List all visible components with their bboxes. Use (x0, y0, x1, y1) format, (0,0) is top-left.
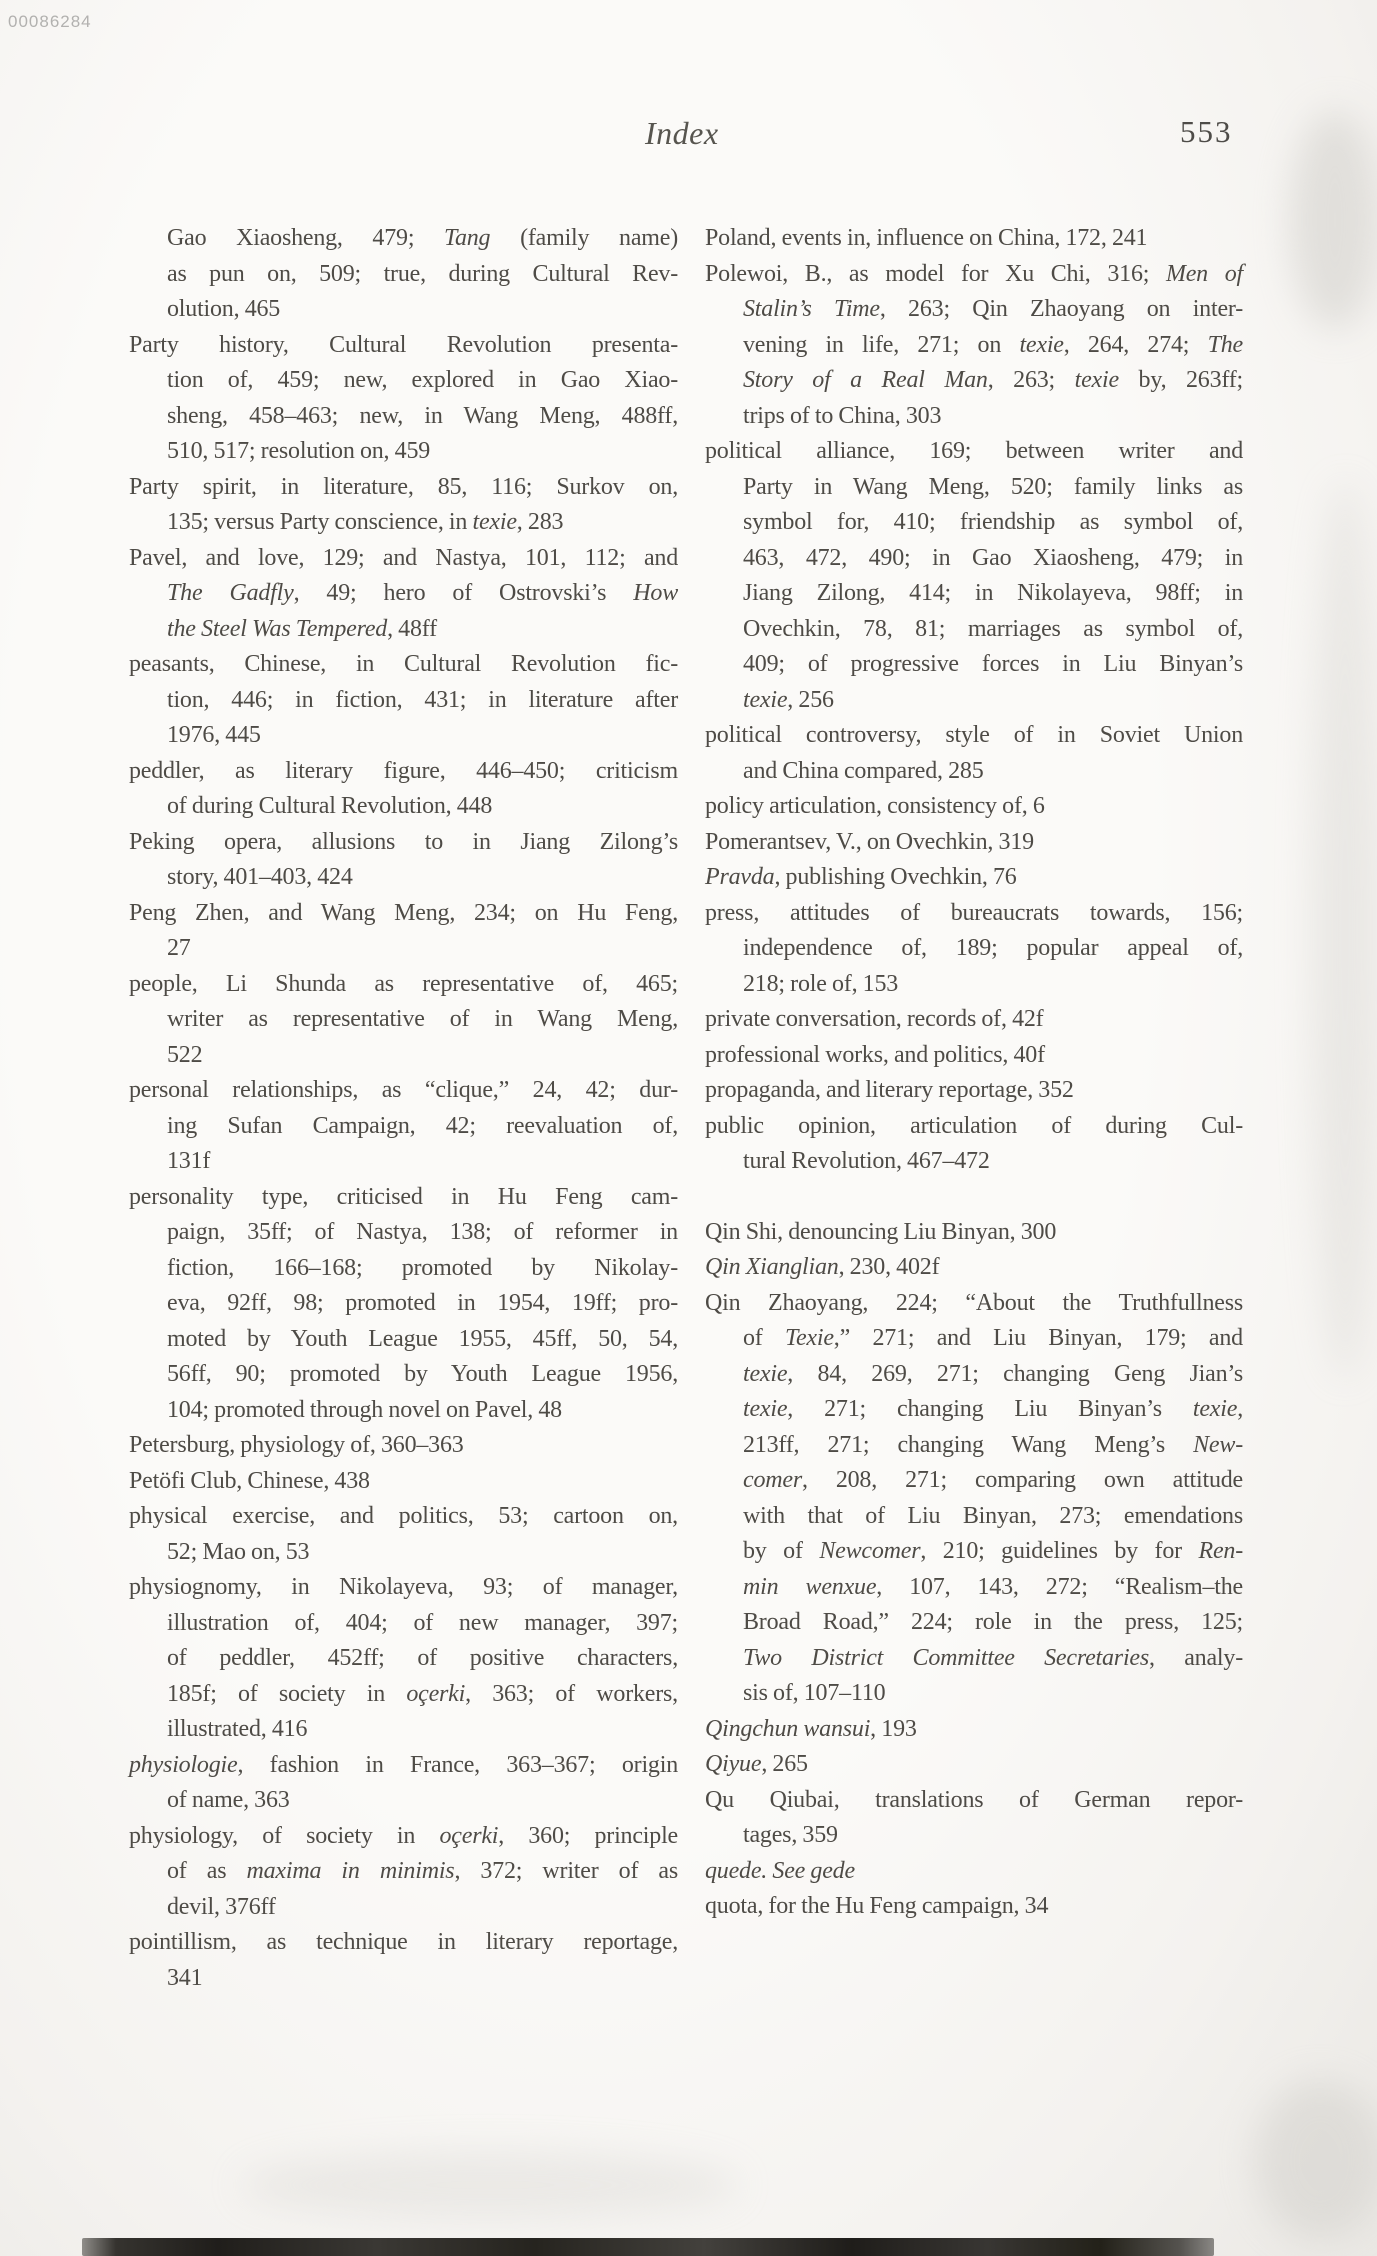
text: Petöfi Club, Chinese, 438 (129, 1468, 370, 1494)
index-line: ing Sufan Campaign, 42; reevaluation of, (129, 1109, 678, 1145)
index-line: 522 (129, 1038, 678, 1074)
italic-text: texie (743, 1396, 787, 1422)
index-column-right: Poland, events in, influence on China, 1… (705, 221, 1243, 1925)
index-line: 135; versus Party conscience, in texie, … (129, 505, 678, 541)
text: public opinion, articulation of during C… (705, 1113, 1243, 1139)
text: by of (743, 1538, 819, 1564)
text: tages, 359 (743, 1822, 838, 1848)
text: press, attitudes of bureaucrats towards,… (705, 900, 1243, 926)
index-line: tages, 359 (705, 1818, 1243, 1854)
index-line: 463, 472, 490; in Gao Xiaosheng, 479; in (705, 541, 1243, 577)
index-line: political alliance, 169; between writer … (705, 434, 1243, 470)
index-line: trips of to China, 303 (705, 399, 1243, 435)
text: Gao Xiaosheng, 479; (167, 225, 444, 251)
text: 1976, 445 (167, 722, 261, 748)
index-line: illustration of, 404; of new manager, 39… (129, 1606, 678, 1642)
text: , fashion in France, 363–367; origin (237, 1752, 678, 1778)
italic-text: texie (743, 1361, 787, 1387)
text: trips of to China, 303 (743, 403, 941, 429)
text: physiology, of society in (129, 1823, 440, 1849)
index-line: Qin Shi, denouncing Liu Binyan, 300 (705, 1215, 1243, 1251)
index-line: Gao Xiaosheng, 479; Tang (family name) (129, 221, 678, 257)
text: Ovechkin, 78, 81; marriages as symbol of… (743, 616, 1243, 642)
italic-text: Qin Xianglian (705, 1254, 839, 1280)
text: with that of Liu Binyan, 273; emendation… (743, 1503, 1243, 1529)
index-line: the Steel Was Tempered, 48ff (129, 612, 678, 648)
index-line: people, Li Shunda as representative of, … (129, 967, 678, 1003)
index-line: 218; role of, 153 (705, 967, 1243, 1003)
text: Peng Zhen, and Wang Meng, 234; on Hu Fen… (129, 900, 678, 926)
text: political controversy, style of in Sovie… (705, 722, 1243, 748)
italic-text: texie (1193, 1396, 1237, 1422)
index-line: Broad Road,” 224; role in the press, 125… (705, 1605, 1243, 1641)
index-line: 104; promoted through novel on Pavel, 48 (129, 1393, 678, 1429)
text: political alliance, 169; between writer … (705, 438, 1243, 464)
index-line: Qingchun wansui, 193 (705, 1712, 1243, 1748)
index-line: comer, 208, 271; comparing own attitude (705, 1463, 1243, 1499)
index-line: sheng, 458–463; new, in Wang Meng, 488ff… (129, 399, 678, 435)
index-line: physiology, of society in oçerki, 360; p… (129, 1819, 678, 1855)
text: moted by Youth League 1955, 45ff, 50, 54… (167, 1326, 678, 1352)
section-gap (705, 1180, 1243, 1215)
text: Party in Wang Meng, 520; family links as (743, 474, 1243, 500)
index-line: with that of Liu Binyan, 273; emendation… (705, 1499, 1243, 1535)
italic-text: Tang (444, 225, 490, 251)
index-line: paign, 35ff; of Nastya, 138; of reformer… (129, 1215, 678, 1251)
italic-text: quede. (705, 1858, 767, 1884)
index-line: Party in Wang Meng, 520; family links as (705, 470, 1243, 506)
italic-text: Newcomer (819, 1538, 920, 1564)
text: Polewoi, B., as model for Xu Chi, 316; (705, 261, 1166, 287)
index-line: of name, 363 (129, 1783, 678, 1819)
italic-text: Texie (785, 1325, 834, 1351)
italic-text: physiologie (129, 1752, 237, 1778)
text: , analy- (1149, 1645, 1243, 1671)
text: , 210; guidelines by for (920, 1538, 1198, 1564)
text: and China compared, 285 (743, 758, 984, 784)
text: of as (167, 1858, 246, 1884)
italic-text: maxima in minimis (246, 1858, 454, 1884)
index-line: Two District Committee Secretaries, anal… (705, 1641, 1243, 1677)
scan-artifact (1290, 110, 1377, 330)
text: vening in life, 271; on (743, 332, 1019, 358)
text: , 263; (988, 367, 1075, 393)
index-line: 52; Mao on, 53 (129, 1535, 678, 1571)
text: ing Sufan Campaign, 42; reevaluation of, (167, 1113, 678, 1139)
italic-text: Ren- (1198, 1538, 1243, 1564)
text: paign, 35ff; of Nastya, 138; of reformer… (167, 1219, 678, 1245)
italic-text: texie (473, 509, 517, 535)
text: pointillism, as technique in literary re… (129, 1929, 678, 1955)
index-line: devil, 376ff (129, 1890, 678, 1926)
index-line: of as maxima in minimis, 372; writer of … (129, 1854, 678, 1890)
index-line: writer as representative of in Wang Meng… (129, 1002, 678, 1038)
scanned-index-page: 00086284 Index 553 Gao Xiaosheng, 479; T… (0, 0, 1377, 2256)
index-line: private conversation, records of, 42f (705, 1002, 1243, 1038)
italic-text: comer (743, 1467, 802, 1493)
index-line: physical exercise, and politics, 53; car… (129, 1499, 678, 1535)
index-line: 409; of progressive forces in Liu Binyan… (705, 647, 1243, 683)
index-line: peddler, as literary figure, 446–450; cr… (129, 754, 678, 790)
index-line: Pavel, and love, 129; and Nastya, 101, 1… (129, 541, 678, 577)
index-line: symbol for, 410; friendship as symbol of… (705, 505, 1243, 541)
index-line: policy articulation, consistency of, 6 (705, 789, 1243, 825)
text: Petersburg, physiology of, 360–363 (129, 1432, 464, 1458)
text: quota, for the Hu Feng campaign, 34 (705, 1893, 1048, 1919)
index-line: Qin Zhaoyang, 224; “About the Truthfulln… (705, 1286, 1243, 1322)
italic-text: New- (1193, 1432, 1243, 1458)
index-line: texie, 84, 269, 271; changing Geng Jian’… (705, 1357, 1243, 1393)
italic-text: Stalin’s Time (743, 296, 880, 322)
text: story, 401–403, 424 (167, 864, 353, 890)
italic-text: texie (1019, 332, 1063, 358)
text: ,” 271; and Liu Binyan, 179; and (834, 1325, 1243, 1351)
text: of during Cultural Revolution, 448 (167, 793, 492, 819)
text: physiognomy, in Nikolayeva, 93; of manag… (129, 1574, 678, 1600)
text: 522 (167, 1042, 202, 1068)
text: , 271; changing Liu Binyan’s (787, 1396, 1193, 1422)
text: , 363; of workers, (465, 1681, 678, 1707)
text: Jiang Zilong, 414; in Nikolayeva, 98ff; … (743, 580, 1243, 606)
text: , 265 (761, 1751, 808, 1777)
index-line: Pomerantsev, V., on Ovechkin, 319 (705, 825, 1243, 861)
italic-text: Men of (1166, 261, 1243, 287)
text: 185f; of society in (167, 1681, 406, 1707)
italic-text: texie (743, 687, 787, 713)
text: tion of, 459; new, explored in Gao Xiao- (167, 367, 678, 393)
index-line: texie, 256 (705, 683, 1243, 719)
index-line: fiction, 166–168; promoted by Nikolay- (129, 1251, 678, 1287)
text: 131f (167, 1148, 210, 1174)
italic-text: How (633, 580, 678, 606)
index-line: press, attitudes of bureaucrats towards,… (705, 896, 1243, 932)
index-line: personal relationships, as “clique,” 24,… (129, 1073, 678, 1109)
scan-edge-bar (82, 2238, 1214, 2256)
text: Qu Qiubai, translations of German repor- (705, 1787, 1243, 1813)
italic-text: the Steel Was Tempered (167, 616, 387, 642)
italic-text: See gede (772, 1858, 855, 1884)
text: Pavel, and love, 129; and Nastya, 101, 1… (129, 545, 678, 571)
scan-artifact (1255, 2080, 1377, 2240)
index-line: eva, 92ff, 98; promoted in 1954, 19ff; p… (129, 1286, 678, 1322)
index-line: moted by Youth League 1955, 45ff, 50, 54… (129, 1322, 678, 1358)
text: peddler, as literary figure, 446–450; cr… (129, 758, 678, 784)
index-line: min wenxue, 107, 143, 272; “Realism–the (705, 1570, 1243, 1606)
index-line: pointillism, as technique in literary re… (129, 1925, 678, 1961)
text: Peking opera, allusions to in Jiang Zilo… (129, 829, 678, 855)
text: 409; of progressive forces in Liu Binyan… (743, 651, 1243, 677)
italic-text: oçerki (440, 1823, 499, 1849)
index-line: independence of, 189; popular appeal of, (705, 931, 1243, 967)
text: 135; versus Party conscience, in (167, 509, 473, 535)
italic-text: Qiyue (705, 1751, 761, 1777)
text: , 193 (870, 1716, 917, 1742)
index-line: 213ff, 271; changing Wang Meng’s New- (705, 1428, 1243, 1464)
index-line: of during Cultural Revolution, 448 (129, 789, 678, 825)
index-line: and China compared, 285 (705, 754, 1243, 790)
index-line: physiologie, fashion in France, 363–367;… (129, 1748, 678, 1784)
index-line: Story of a Real Man, 263; texie by, 263f… (705, 363, 1243, 399)
text: physical exercise, and politics, 53; car… (129, 1503, 678, 1529)
index-line: 27 (129, 931, 678, 967)
text: 341 (167, 1965, 202, 1991)
index-line: tion, 446; in fiction, 431; in literatur… (129, 683, 678, 719)
text: devil, 376ff (167, 1894, 276, 1920)
index-line: Pravda, publishing Ovechkin, 76 (705, 860, 1243, 896)
text: people, Li Shunda as representative of, … (129, 971, 678, 997)
text: , 84, 269, 271; changing Geng Jian’s (787, 1361, 1243, 1387)
text: , 372; writer of as (454, 1858, 678, 1884)
text: personality type, criticised in Hu Feng … (129, 1184, 678, 1210)
text: , 230, 402f (839, 1254, 940, 1280)
index-line: Petöfi Club, Chinese, 438 (129, 1464, 678, 1500)
text: fiction, 166–168; promoted by Nikolay- (167, 1255, 678, 1281)
text: of name, 363 (167, 1787, 290, 1813)
text: , 360; principle (498, 1823, 678, 1849)
index-line: Peking opera, allusions to in Jiang Zilo… (129, 825, 678, 861)
index-line: tion of, 459; new, explored in Gao Xiao- (129, 363, 678, 399)
text: Broad Road,” 224; role in the press, 125… (743, 1609, 1243, 1635)
index-line: physiognomy, in Nikolayeva, 93; of manag… (129, 1570, 678, 1606)
index-line: 510, 517; resolution on, 459 (129, 434, 678, 470)
text: private conversation, records of, 42f (705, 1006, 1043, 1032)
text: , 208, 271; comparing own attitude (802, 1467, 1243, 1493)
text: Qin Zhaoyang, 224; “About the Truthfulln… (705, 1290, 1243, 1316)
index-line: quede. See gede (705, 1854, 1243, 1890)
text: of (743, 1325, 785, 1351)
index-line: 1976, 445 (129, 718, 678, 754)
text: eva, 92ff, 98; promoted in 1954, 19ff; p… (167, 1290, 678, 1316)
text: tion, 446; in fiction, 431; in literatur… (167, 687, 678, 713)
index-line: Qin Xianglian, 230, 402f (705, 1250, 1243, 1286)
italic-text: Story of a Real Man (743, 367, 988, 393)
index-line: by of Newcomer, 210; guidelines by for R… (705, 1534, 1243, 1570)
text: by, 263ff; (1119, 367, 1243, 393)
index-line: vening in life, 271; on texie, 264, 274;… (705, 328, 1243, 364)
text: Party spirit, in literature, 85, 116; Su… (129, 474, 678, 500)
text: , publishing Ovechkin, 76 (774, 864, 1016, 890)
text: 213ff, 271; changing Wang Meng’s (743, 1432, 1193, 1458)
index-line: illustrated, 416 (129, 1712, 678, 1748)
text: 218; role of, 153 (743, 971, 898, 997)
text: independence of, 189; popular appeal of, (743, 935, 1243, 961)
text: Pomerantsev, V., on Ovechkin, 319 (705, 829, 1034, 855)
index-line: 341 (129, 1961, 678, 1997)
text: , 264, 274; (1064, 332, 1208, 358)
index-line: personality type, criticised in Hu Feng … (129, 1180, 678, 1216)
index-line: Peng Zhen, and Wang Meng, 234; on Hu Fen… (129, 896, 678, 932)
scan-id-stamp: 00086284 (8, 12, 92, 32)
index-line: 185f; of society in oçerki, 363; of work… (129, 1677, 678, 1713)
text: of peddler, 452ff; of positive character… (167, 1645, 678, 1671)
index-line: political controversy, style of in Sovie… (705, 718, 1243, 754)
italic-text: min wenxue (743, 1574, 876, 1600)
text: Poland, events in, influence on China, 1… (705, 225, 1147, 251)
text: symbol for, 410; friendship as symbol of… (743, 509, 1243, 535)
text: professional works, and politics, 40f (705, 1042, 1045, 1068)
index-line: peasants, Chinese, in Cultural Revolutio… (129, 647, 678, 683)
index-line: sis of, 107–110 (705, 1676, 1243, 1712)
page-title: Index (645, 115, 719, 152)
index-line: Poland, events in, influence on China, 1… (705, 221, 1243, 257)
index-line: public opinion, articulation of during C… (705, 1109, 1243, 1145)
italic-text: Qingchun wansui (705, 1716, 870, 1742)
text: , (1237, 1396, 1243, 1422)
index-line: Qu Qiubai, translations of German repor- (705, 1783, 1243, 1819)
index-line: propaganda, and literary reportage, 352 (705, 1073, 1243, 1109)
text: (family name) (490, 225, 678, 251)
italic-text: texie (1075, 367, 1119, 393)
index-line: The Gadfly, 49; hero of Ostrovski’s How (129, 576, 678, 612)
text: , 263; Qin Zhaoyang on inter- (880, 296, 1243, 322)
index-line: Party spirit, in literature, 85, 116; Su… (129, 470, 678, 506)
text: policy articulation, consistency of, 6 (705, 793, 1045, 819)
index-line: of Texie,” 271; and Liu Binyan, 179; and (705, 1321, 1243, 1357)
text: as pun on, 509; true, during Cultural Re… (167, 261, 678, 287)
text: propaganda, and literary reportage, 352 (705, 1077, 1074, 1103)
index-column-left: Gao Xiaosheng, 479; Tang (family name)as… (129, 221, 678, 1996)
page-number: 553 (1180, 114, 1233, 150)
text: 27 (167, 935, 191, 961)
text: , 49; hero of Ostrovski’s (294, 580, 634, 606)
text: sheng, 458–463; new, in Wang Meng, 488ff… (167, 403, 678, 429)
index-line: story, 401–403, 424 (129, 860, 678, 896)
text: 510, 517; resolution on, 459 (167, 438, 430, 464)
text: , 107, 143, 272; “Realism–the (876, 1574, 1243, 1600)
index-line: tural Revolution, 467–472 (705, 1144, 1243, 1180)
index-line: Petersburg, physiology of, 360–363 (129, 1428, 678, 1464)
text: 52; Mao on, 53 (167, 1539, 309, 1565)
text: , 283 (517, 509, 564, 535)
text: illustration of, 404; of new manager, 39… (167, 1610, 678, 1636)
italic-text: The Gadfly (167, 580, 294, 606)
scan-artifact (240, 2150, 740, 2220)
text: personal relationships, as “clique,” 24,… (129, 1077, 678, 1103)
index-line: texie, 271; changing Liu Binyan’s texie, (705, 1392, 1243, 1428)
index-line: Ovechkin, 78, 81; marriages as symbol of… (705, 612, 1243, 648)
index-line: 56ff, 90; promoted by Youth League 1956, (129, 1357, 678, 1393)
index-line: Qiyue, 265 (705, 1747, 1243, 1783)
index-line: olution, 465 (129, 292, 678, 328)
index-line: 131f (129, 1144, 678, 1180)
index-line: of peddler, 452ff; of positive character… (129, 1641, 678, 1677)
italic-text: Two District Committee Secretaries (743, 1645, 1149, 1671)
text: peasants, Chinese, in Cultural Revolutio… (129, 651, 678, 677)
index-line: Jiang Zilong, 414; in Nikolayeva, 98ff; … (705, 576, 1243, 612)
index-line: quota, for the Hu Feng campaign, 34 (705, 1889, 1243, 1925)
text: sis of, 107–110 (743, 1680, 885, 1706)
text: , 48ff (387, 616, 437, 642)
index-line: Party history, Cultural Revolution prese… (129, 328, 678, 364)
text: , 256 (787, 687, 834, 713)
text: 463, 472, 490; in Gao Xiaosheng, 479; in (743, 545, 1243, 571)
italic-text: The (1208, 332, 1243, 358)
index-line: professional works, and politics, 40f (705, 1038, 1243, 1074)
text: olution, 465 (167, 296, 280, 322)
index-line: Stalin’s Time, 263; Qin Zhaoyang on inte… (705, 292, 1243, 328)
text: tural Revolution, 467–472 (743, 1148, 990, 1174)
italic-text: oçerki (406, 1681, 465, 1707)
text: Party history, Cultural Revolution prese… (129, 332, 678, 358)
index-line: Polewoi, B., as model for Xu Chi, 316; M… (705, 257, 1243, 293)
text: Qin Shi, denouncing Liu Binyan, 300 (705, 1219, 1056, 1245)
text: writer as representative of in Wang Meng… (167, 1006, 678, 1032)
text: illustrated, 416 (167, 1716, 307, 1742)
text: 104; promoted through novel on Pavel, 48 (167, 1397, 562, 1423)
scan-artifact (1310, 480, 1377, 1380)
text: 56ff, 90; promoted by Youth League 1956, (167, 1361, 678, 1387)
index-line: as pun on, 509; true, during Cultural Re… (129, 257, 678, 293)
italic-text: Pravda (705, 864, 774, 890)
